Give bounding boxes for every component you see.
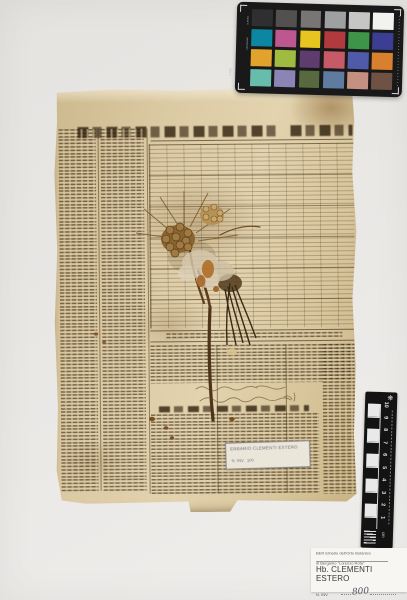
institution-text: BER Erbario dell'Orto Botanico di Bergam… [316,551,388,562]
ruler-number: 4 [381,477,387,483]
ruler-number: 5 [381,464,387,470]
color-patch [348,32,369,49]
ruler-number: 6 [382,452,388,458]
color-patch [372,53,393,70]
colorchecker-grid [250,9,394,90]
ruler-number: 1 [380,514,386,520]
ruler-number: 7 [382,439,388,445]
ruler-number: 3 [381,489,387,495]
ruler-unit-label: cm [381,532,386,538]
color-patch [323,51,344,68]
inventory-line: N. INV. 800 [316,584,407,597]
color-patch [349,12,370,29]
color-patch [298,71,319,88]
color-patch [371,73,392,90]
color-patch [276,10,297,27]
colorchecker-maker-text: x-rite [225,63,234,81]
collection-label: BER Erbario dell'Orto Botanico di Bergam… [311,548,407,592]
color-patch [347,72,368,89]
color-patch [275,30,296,47]
dotted-leader [341,593,351,595]
plant-specimen [80,175,320,455]
herbarium-photo: ERBARIO CLEMENTI ESTERO N. INV. 100 [0,0,407,600]
newsprint-column [322,344,355,494]
ruler-number: 8 [383,427,389,433]
color-patch [324,11,345,28]
herbarium-title: Hb. CLEMENTI ESTERO [316,565,407,583]
color-patch [251,29,272,46]
newsprint-headline [77,125,277,138]
color-patch [300,31,321,48]
ruler-barcode [364,531,376,545]
corner-mark-icon [394,9,401,16]
newsprint-headline [290,125,352,137]
color-patch [274,70,295,87]
plant-seed [227,349,237,356]
color-patch [250,69,271,86]
newsprint-rule [151,139,353,142]
corner-mark-icon [238,83,245,90]
colorchecker-side-scale [397,16,400,87]
ruler-number: 2 [380,502,386,508]
color-patch [300,10,321,27]
ruler-number: 10 [383,402,389,408]
colorchecker-chart: colorchecker CLASSIC x-rite [235,2,404,98]
color-patch [373,12,394,29]
plant-fiber-bundle [218,274,256,345]
color-patch [324,31,345,48]
color-patch [251,49,272,66]
dotted-leader [370,593,396,595]
stamp-inventory: N. INV. 100 [231,457,272,463]
plant-fragments [94,332,235,439]
plant-cone-pale [200,204,224,225]
color-patch [299,51,320,68]
scale-ruler: ❋ 12345678910 cm [361,392,398,549]
color-patch [275,50,296,67]
color-patch [252,9,273,26]
ruler-number: 9 [383,414,389,420]
corner-mark-icon [392,87,399,94]
inventory-number: 800 [352,586,370,597]
color-patch [323,71,344,88]
color-patch [347,52,368,69]
color-patch [372,33,393,50]
